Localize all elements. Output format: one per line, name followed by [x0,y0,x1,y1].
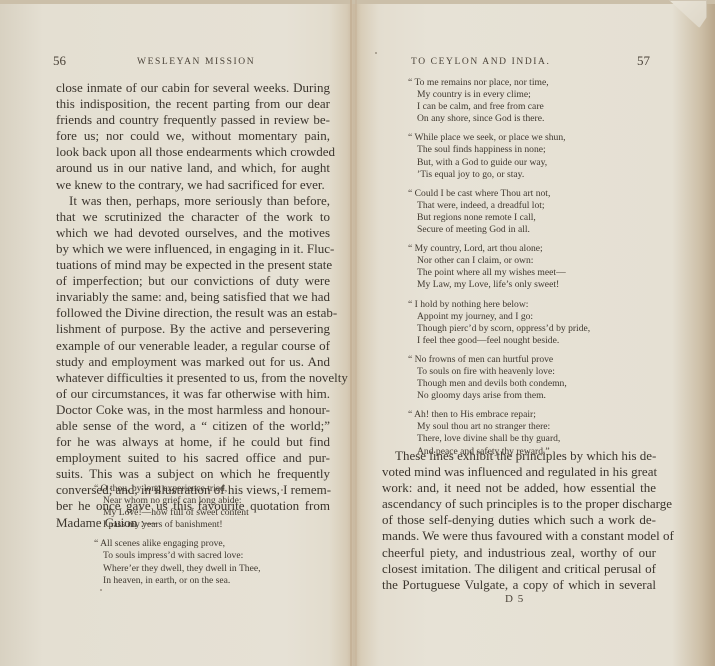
verse-line: There, love divine shall be thy guard, [408,433,590,445]
text-line: look back upon all those endearments whi… [56,144,330,160]
text-line: cheerful piety, and industrious zeal, wo… [382,545,656,561]
text-line: for he was always at home, if he could b… [56,434,330,450]
verse-line: The point where all my wishes meet— [408,267,590,279]
text-line: by which we were influenced, in engaging… [56,241,330,257]
text-line: which we had devoted ourselves, and the … [56,225,330,241]
text-line: fore us; nor could we, without momentary… [56,128,330,144]
right-page: TO CEYLON AND INDIA. 57 “ To me remains … [368,0,715,666]
verse-line: “ I hold by nothing here below: [408,299,590,311]
book-spread: 56 WESLEYAN MISSION close inmate of our … [0,0,715,666]
text-line: able sense of the word, a “ citizen of t… [56,418,330,434]
verse-line: “ To me remains nor place, nor time, [408,77,590,89]
verse-line: My Law, my Love, life’s only sweet! [408,279,590,291]
verse-line: But, with a God to guide our way, [408,157,590,169]
verse-line: “ While place we seek, or place we shun, [408,132,590,144]
text-line: that we scrutinized the character of the… [56,209,330,225]
gutter-fold-line [355,0,357,666]
text-line: invariably the same: and, being satisfie… [56,289,330,305]
body-text: close inmate of our cabin for several we… [56,80,330,531]
paper-speck [100,589,102,591]
text-line: tuations of mind may be expected in the … [56,257,330,273]
text-line: close inmate of our cabin for several we… [56,80,330,96]
stanza: “ No frowns of men can hurtful prove To … [408,354,590,402]
text-line: Doctor Coke was, in the most harmless an… [56,402,330,418]
text-line: employment suited to his sacred office a… [56,450,330,466]
verse-line: That were, indeed, a dreadful lot; [408,200,590,212]
stanza: “ While place we seek, or place we shun,… [408,132,590,180]
verse-line: Appoint my journey, and I go: [408,311,590,323]
text-line: friends and country frequently passed in… [56,112,330,128]
verse-line: “ O thou, by long experience tried, [94,483,261,495]
body-text: These lines exhibit the principles by wh… [382,448,656,593]
page-number: 57 [637,53,650,69]
stanza: “ My country, Lord, art thou alone; Nor … [408,243,590,291]
text-line: These lines exhibit the principles by wh… [382,448,656,464]
stanza: “ Could I be cast where Thou art not, Th… [408,188,590,236]
verse-line: But regions none remote I call, [408,212,590,224]
verse-line: I pass my years of banishment! [94,519,261,531]
running-head: TO CEYLON AND INDIA. [411,57,550,67]
text-line: closest imitation. The diligent and crit… [382,561,656,577]
text-line: suits. This was a subject on which he fr… [56,466,330,482]
text-line: we knew to the contrary, we had sacrific… [56,177,330,193]
text-line: around us in our native land, and which,… [56,160,330,176]
verse-quotation: “ To me remains nor place, nor time, My … [408,77,590,465]
gutter-fold-line [350,0,352,666]
text-line: voted mind was influenced and regulated … [382,464,656,480]
running-head: WESLEYAN MISSION [137,57,255,67]
paper-speck [281,489,283,491]
paper-speck [608,555,610,557]
verse-line: “ Could I be cast where Thou art not, [408,188,590,200]
stanza: “ O thou, by long experience tried, Near… [94,483,261,531]
stanza: “ All scenes alike engaging prove, To so… [94,538,261,586]
text-line: work: and, it need not be added, how ess… [382,480,656,496]
verse-line: I feel thee good—feel nought beside. [408,335,590,347]
verse-line: “ Ah! then to His embrace repair; [408,409,590,421]
page-number: 56 [53,53,66,69]
text-line: It was then, perhaps, more seriously tha… [56,193,330,209]
verse-line: In heaven, in earth, or on the sea. [94,575,261,587]
verse-line: “ My country, Lord, art thou alone; [408,243,590,255]
signature-mark: D 5 [505,593,524,605]
text-line: of imperfection; but our convictions of … [56,273,330,289]
stanza: “ I hold by nothing here below: Appoint … [408,299,590,347]
text-line: ascendancy of such principles is to the … [382,496,656,512]
text-line: study and employment was marked out for … [56,354,330,370]
verse-line: Secure of meeting God in all. [408,224,590,236]
verse-line: The soul finds happiness in none; [408,144,590,156]
stanza: “ To me remains nor place, nor time, My … [408,77,590,125]
verse-line: Though men and devils both condemn, [408,378,590,390]
verse-line: To souls on fire with heavenly love: [408,366,590,378]
text-line: whatever difficulties it presented to us… [56,370,330,386]
verse-line: “ No frowns of men can hurtful prove [408,354,590,366]
verse-quotation: “ O thou, by long experience tried, Near… [94,483,261,594]
verse-line: Though pierc’d by scorn, oppress’d by pr… [408,323,590,335]
verse-line: To souls impress’d with sacred love: [94,550,261,562]
text-line: the Portuguese Vulgate, a copy of which … [382,577,656,593]
verse-line: I can be calm, and free from care [408,101,590,113]
text-line: this indisposition, the recent parting f… [56,96,330,112]
text-line: lishment of purpose. By the active and p… [56,321,330,337]
text-line: of our circumstances, it was far otherwi… [56,386,330,402]
verse-line: No gloomy days arise from them. [408,390,590,402]
verse-line: My soul thou art no stranger there: [408,421,590,433]
verse-line: Where’er they dwell, they dwell in Thee, [94,563,261,575]
verse-line: “ All scenes alike engaging prove, [94,538,261,550]
left-page: 56 WESLEYAN MISSION close inmate of our … [0,0,350,666]
text-line: example of our venerable leader, a regul… [56,338,330,354]
verse-line: Nor other can I claim, or own: [408,255,590,267]
verse-line: My Love!—how full of sweet content [94,507,261,519]
verse-line: On any shore, since God is there. [408,113,590,125]
verse-line: My country is in every clime; [408,89,590,101]
text-line: of those self-denying duties which such … [382,512,656,528]
verse-line: Near whom no grief can long abide: [94,495,261,507]
text-line: followed the Divine direction, the resul… [56,305,330,321]
text-line: mands. We were thus favoured with a cons… [382,528,656,544]
paper-speck [375,52,377,54]
verse-line: ’Tis equal joy to go, or stay. [408,169,590,181]
